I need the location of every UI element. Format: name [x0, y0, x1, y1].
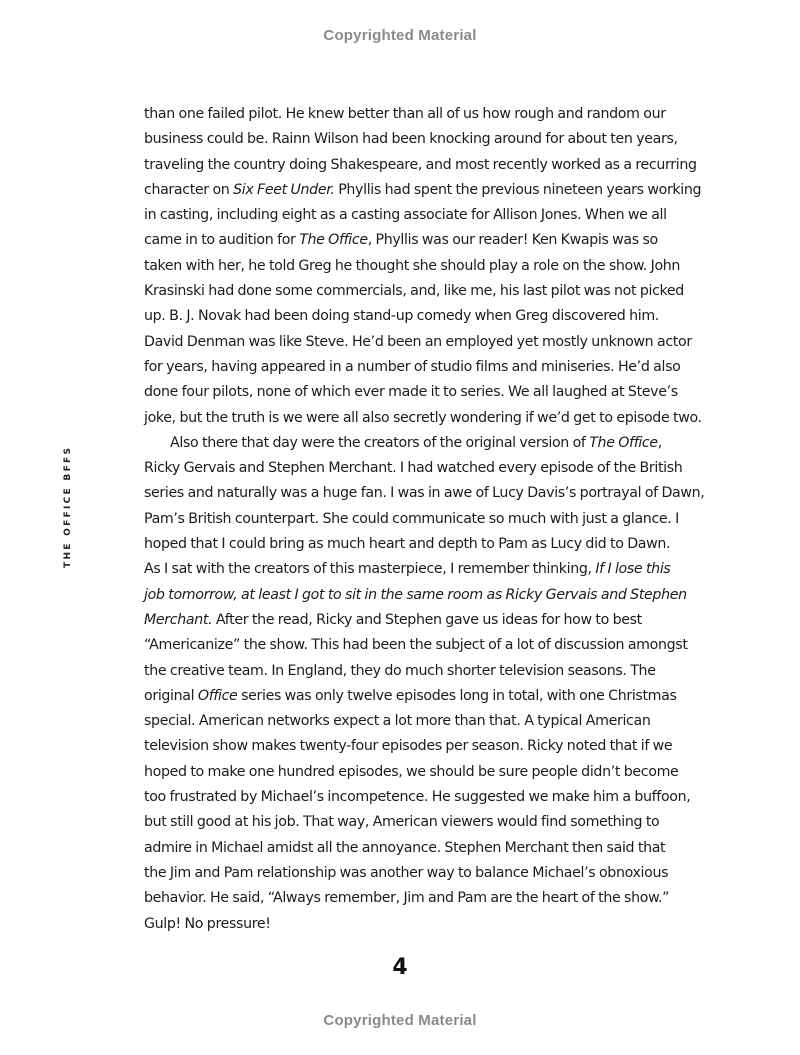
text-run: Krasinski had done some commercials, and… — [144, 283, 684, 299]
text-line: hoped that I could bring as much heart a… — [144, 532, 664, 557]
text-run: for years, having appeared in a number o… — [144, 359, 680, 375]
text-line: business could be. Rainn Wilson had been… — [144, 127, 664, 152]
page-number: 4 — [0, 955, 800, 980]
text-run: but still good at his job. That way, Ame… — [144, 814, 659, 830]
italic-text: If I lose this — [595, 561, 670, 577]
text-run: in casting, including eight as a casting… — [144, 207, 667, 223]
text-line: traveling the country doing Shakespeare,… — [144, 153, 664, 178]
text-run: behavior. He said, “Always remember, Jim… — [144, 890, 669, 906]
text-line: than one failed pilot. He knew better th… — [144, 102, 664, 127]
text-run: Phyllis had spent the previous nineteen … — [335, 182, 702, 198]
text-run: television show makes twenty-four episod… — [144, 738, 672, 754]
text-run: series was only twelve episodes long in … — [237, 688, 676, 704]
running-head: THE OFFICE BFFS — [63, 446, 73, 568]
text-run: came in to audition for — [144, 232, 299, 248]
text-line: television show makes twenty-four episod… — [144, 734, 664, 759]
text-run: the creative team. In England, they do m… — [144, 663, 656, 679]
text-run: joke, but the truth is we were all also … — [144, 410, 702, 426]
copyright-watermark-top: Copyrighted Material — [0, 27, 800, 44]
text-run: As I sat with the creators of this maste… — [144, 561, 595, 577]
text-run: than one failed pilot. He knew better th… — [144, 106, 666, 122]
text-line: but still good at his job. That way, Ame… — [144, 810, 664, 835]
italic-text: The Office — [299, 232, 368, 248]
text-line: came in to audition for The Office, Phyl… — [144, 228, 664, 253]
text-run: traveling the country doing Shakespeare,… — [144, 157, 697, 173]
text-line: job tomorrow, at least I got to sit in t… — [144, 583, 664, 608]
text-run: David Denman was like Steve. He’d been a… — [144, 334, 692, 350]
text-line: too frustrated by Michael’s incompetence… — [144, 785, 664, 810]
text-run: special. American networks expect a lot … — [144, 713, 650, 729]
text-run: , Phyllis was our reader! Ken Kwapis was… — [368, 232, 658, 248]
text-line: David Denman was like Steve. He’d been a… — [144, 330, 664, 355]
text-run: business could be. Rainn Wilson had been… — [144, 131, 678, 147]
text-run: up. B. J. Novak had been doing stand-up … — [144, 308, 659, 324]
text-run: “Americanize” the show. This had been th… — [144, 637, 688, 653]
body-text: than one failed pilot. He knew better th… — [144, 102, 664, 937]
italic-text: Merchant. — [144, 612, 212, 628]
text-run: character on — [144, 182, 233, 198]
text-run: admire in Michael amidst all the annoyan… — [144, 840, 665, 856]
text-run: the Jim and Pam relationship was another… — [144, 865, 668, 881]
text-line: original Office series was only twelve e… — [144, 684, 664, 709]
text-run: taken with her, he told Greg he thought … — [144, 258, 680, 274]
text-line: up. B. J. Novak had been doing stand-up … — [144, 304, 664, 329]
text-run: Pam’s British counterpart. She could com… — [144, 511, 679, 527]
italic-text: Office — [198, 688, 238, 704]
text-line: character on Six Feet Under. Phyllis had… — [144, 178, 664, 203]
text-run: hoped that I could bring as much heart a… — [144, 536, 670, 552]
italic-text: Six Feet Under. — [233, 182, 334, 198]
text-line: admire in Michael amidst all the annoyan… — [144, 836, 664, 861]
text-run: After the read, Ricky and Stephen gave u… — [212, 612, 642, 628]
text-line: “Americanize” the show. This had been th… — [144, 633, 664, 658]
text-line: series and naturally was a huge fan. I w… — [144, 481, 664, 506]
text-line: behavior. He said, “Always remember, Jim… — [144, 886, 664, 911]
copyright-watermark-bottom: Copyrighted Material — [0, 1012, 800, 1029]
text-line: for years, having appeared in a number o… — [144, 355, 664, 380]
text-line: Also there that day were the creators of… — [144, 431, 664, 456]
text-run: series and naturally was a huge fan. I w… — [144, 485, 704, 501]
text-line: special. American networks expect a lot … — [144, 709, 664, 734]
text-line: Gulp! No pressure! — [144, 912, 664, 937]
text-line: joke, but the truth is we were all also … — [144, 406, 664, 431]
italic-text: The Office — [589, 435, 658, 451]
text-line: As I sat with the creators of this maste… — [144, 557, 664, 582]
text-line: Krasinski had done some commercials, and… — [144, 279, 664, 304]
text-run: original — [144, 688, 198, 704]
text-run: , — [658, 435, 662, 451]
text-line: Merchant. After the read, Ricky and Step… — [144, 608, 664, 633]
text-run: too frustrated by Michael’s incompetence… — [144, 789, 690, 805]
text-line: taken with her, he told Greg he thought … — [144, 254, 664, 279]
text-run: Gulp! No pressure! — [144, 916, 271, 932]
text-line: the creative team. In England, they do m… — [144, 659, 664, 684]
text-run: done four pilots, none of which ever mad… — [144, 384, 678, 400]
text-line: Ricky Gervais and Stephen Merchant. I ha… — [144, 456, 664, 481]
text-line: Pam’s British counterpart. She could com… — [144, 507, 664, 532]
text-line: in casting, including eight as a casting… — [144, 203, 664, 228]
text-run: Also there that day were the creators of… — [170, 435, 589, 451]
text-line: hoped to make one hundred episodes, we s… — [144, 760, 664, 785]
text-line: done four pilots, none of which ever mad… — [144, 380, 664, 405]
text-line: the Jim and Pam relationship was another… — [144, 861, 664, 886]
text-run: hoped to make one hundred episodes, we s… — [144, 764, 678, 780]
text-run: Ricky Gervais and Stephen Merchant. I ha… — [144, 460, 682, 476]
italic-text: job tomorrow, at least I got to sit in t… — [144, 587, 687, 603]
